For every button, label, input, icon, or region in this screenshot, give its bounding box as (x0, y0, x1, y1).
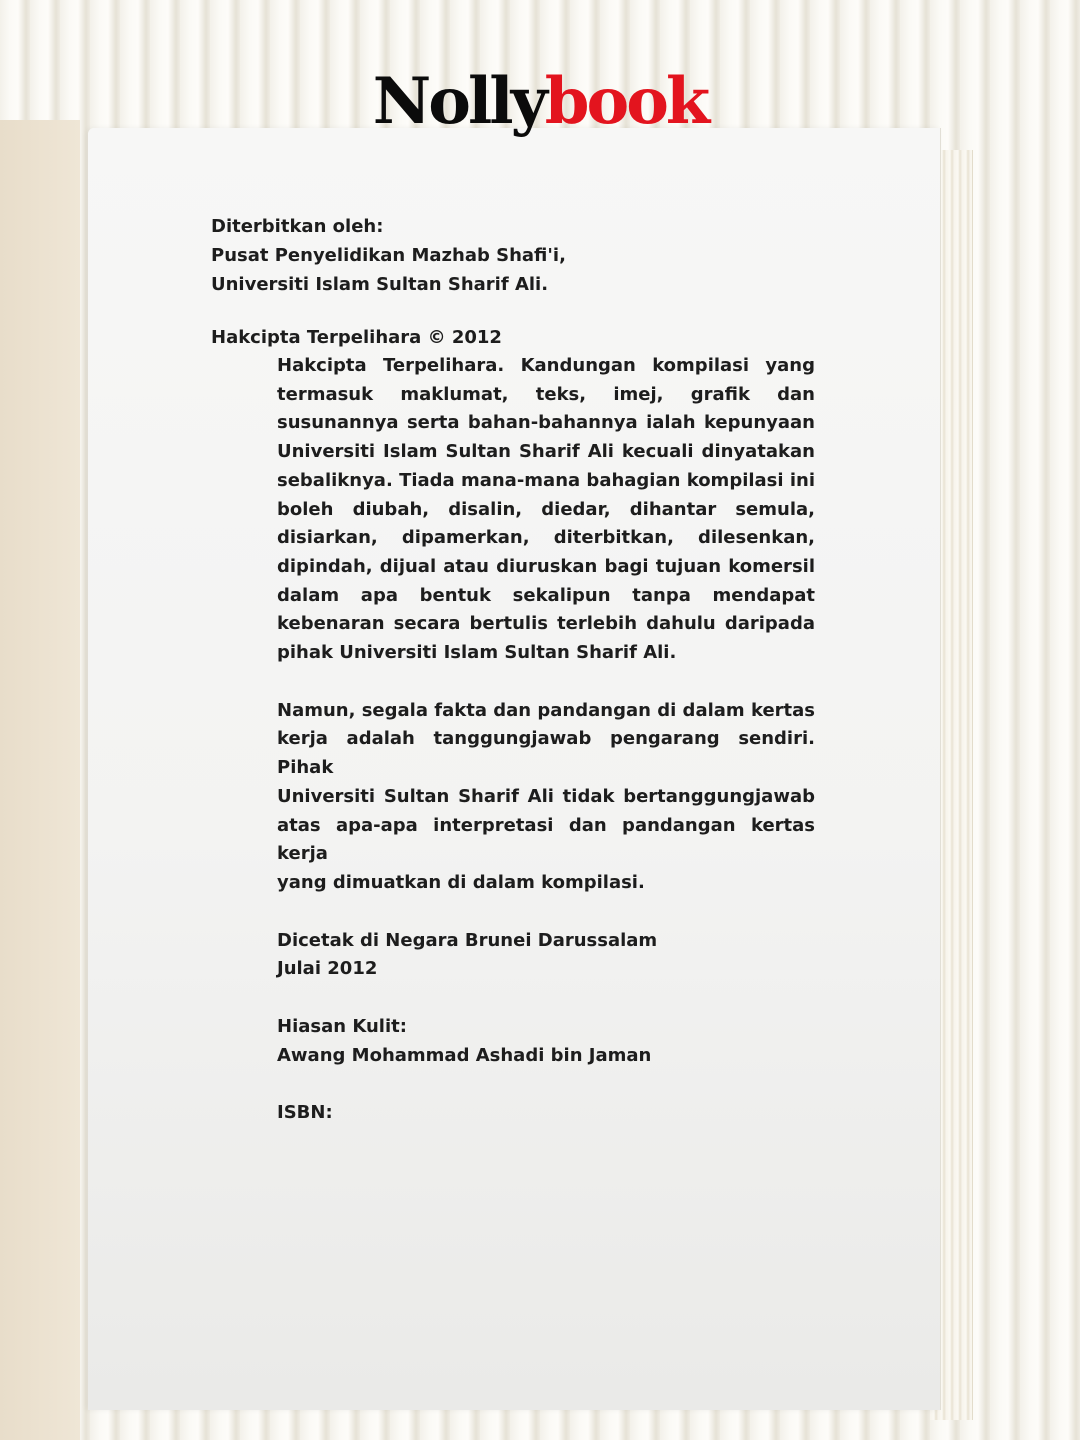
copyright-page-text: Diterbitkan oleh: Pusat Penyelidikan Maz… (211, 212, 815, 1128)
watermark-part1: Nolly (373, 64, 545, 139)
publisher-label: Diterbitkan oleh: (211, 212, 815, 241)
watermark-part2: book (545, 64, 707, 139)
paragraph-line: boleh diubah, disalin, diedar, dihantar … (277, 496, 815, 525)
paragraph-line: Universiti Sultan Sharif Ali tidak berta… (277, 783, 815, 812)
copyright-block: Hakcipta Terpelihara © 2012 Hakcipta Ter… (211, 323, 815, 1128)
paragraph-line: disiarkan, dipamerkan, diterbitkan, dile… (277, 524, 815, 553)
printing-place: Dicetak di Negara Brunei Darussalam (277, 927, 815, 956)
paragraph-line: sebaliknya. Tiada mana-mana bahagian kom… (277, 467, 815, 496)
paragraph-line: termasuk maklumat, teks, imej, grafik da… (277, 381, 815, 410)
watermark-logo: Nollybook (0, 70, 1080, 134)
cover-design-block: Hiasan Kulit: Awang Mohammad Ashadi bin … (277, 1013, 815, 1070)
book-cover-edge (0, 120, 80, 1440)
paragraph-line: susunannya serta bahan-bahannya ialah ke… (277, 409, 815, 438)
paragraph-line: Hakcipta Terpelihara. Kandungan kompilas… (277, 352, 815, 381)
copyright-paragraph-1: Hakcipta Terpelihara. Kandungan kompilas… (277, 352, 815, 1128)
paragraph-line: yang dimuatkan di dalam kompilasi. (277, 869, 815, 898)
paragraph-line: dalam apa bentuk sekalipun tanpa mendapa… (277, 582, 815, 611)
paragraph-line: atas apa-apa interpretasi dan pandangan … (277, 812, 815, 869)
publisher-block: Diterbitkan oleh: Pusat Penyelidikan Maz… (211, 212, 815, 299)
paragraph-line: kebenaran secara bertulis terlebih dahul… (277, 610, 815, 639)
paragraph-line: Namun, segala fakta dan pandangan di dal… (277, 697, 815, 726)
paragraph-line: kerja adalah tanggungjawab pengarang sen… (277, 725, 815, 782)
copyright-heading: Hakcipta Terpelihara © 2012 (211, 323, 815, 352)
cover-designer-name: Awang Mohammad Ashadi bin Jaman (277, 1042, 815, 1071)
paragraph-line: dipindah, dijual atau diuruskan bagi tuj… (277, 553, 815, 582)
paragraph-line: pihak Universiti Islam Sultan Sharif Ali… (277, 639, 815, 668)
publisher-line: Universiti Islam Sultan Sharif Ali. (211, 270, 815, 299)
publisher-line: Pusat Penyelidikan Mazhab Shafi'i, (211, 241, 815, 270)
printing-date: Julai 2012 (277, 955, 815, 984)
isbn-label: ISBN: (277, 1099, 815, 1128)
cover-design-label: Hiasan Kulit: (277, 1013, 815, 1042)
paragraph-line: Universiti Islam Sultan Sharif Ali kecua… (277, 438, 815, 467)
printing-block: Dicetak di Negara Brunei Darussalam Jula… (277, 927, 815, 984)
copyright-paragraph-2: Namun, segala fakta dan pandangan di dal… (277, 697, 815, 898)
